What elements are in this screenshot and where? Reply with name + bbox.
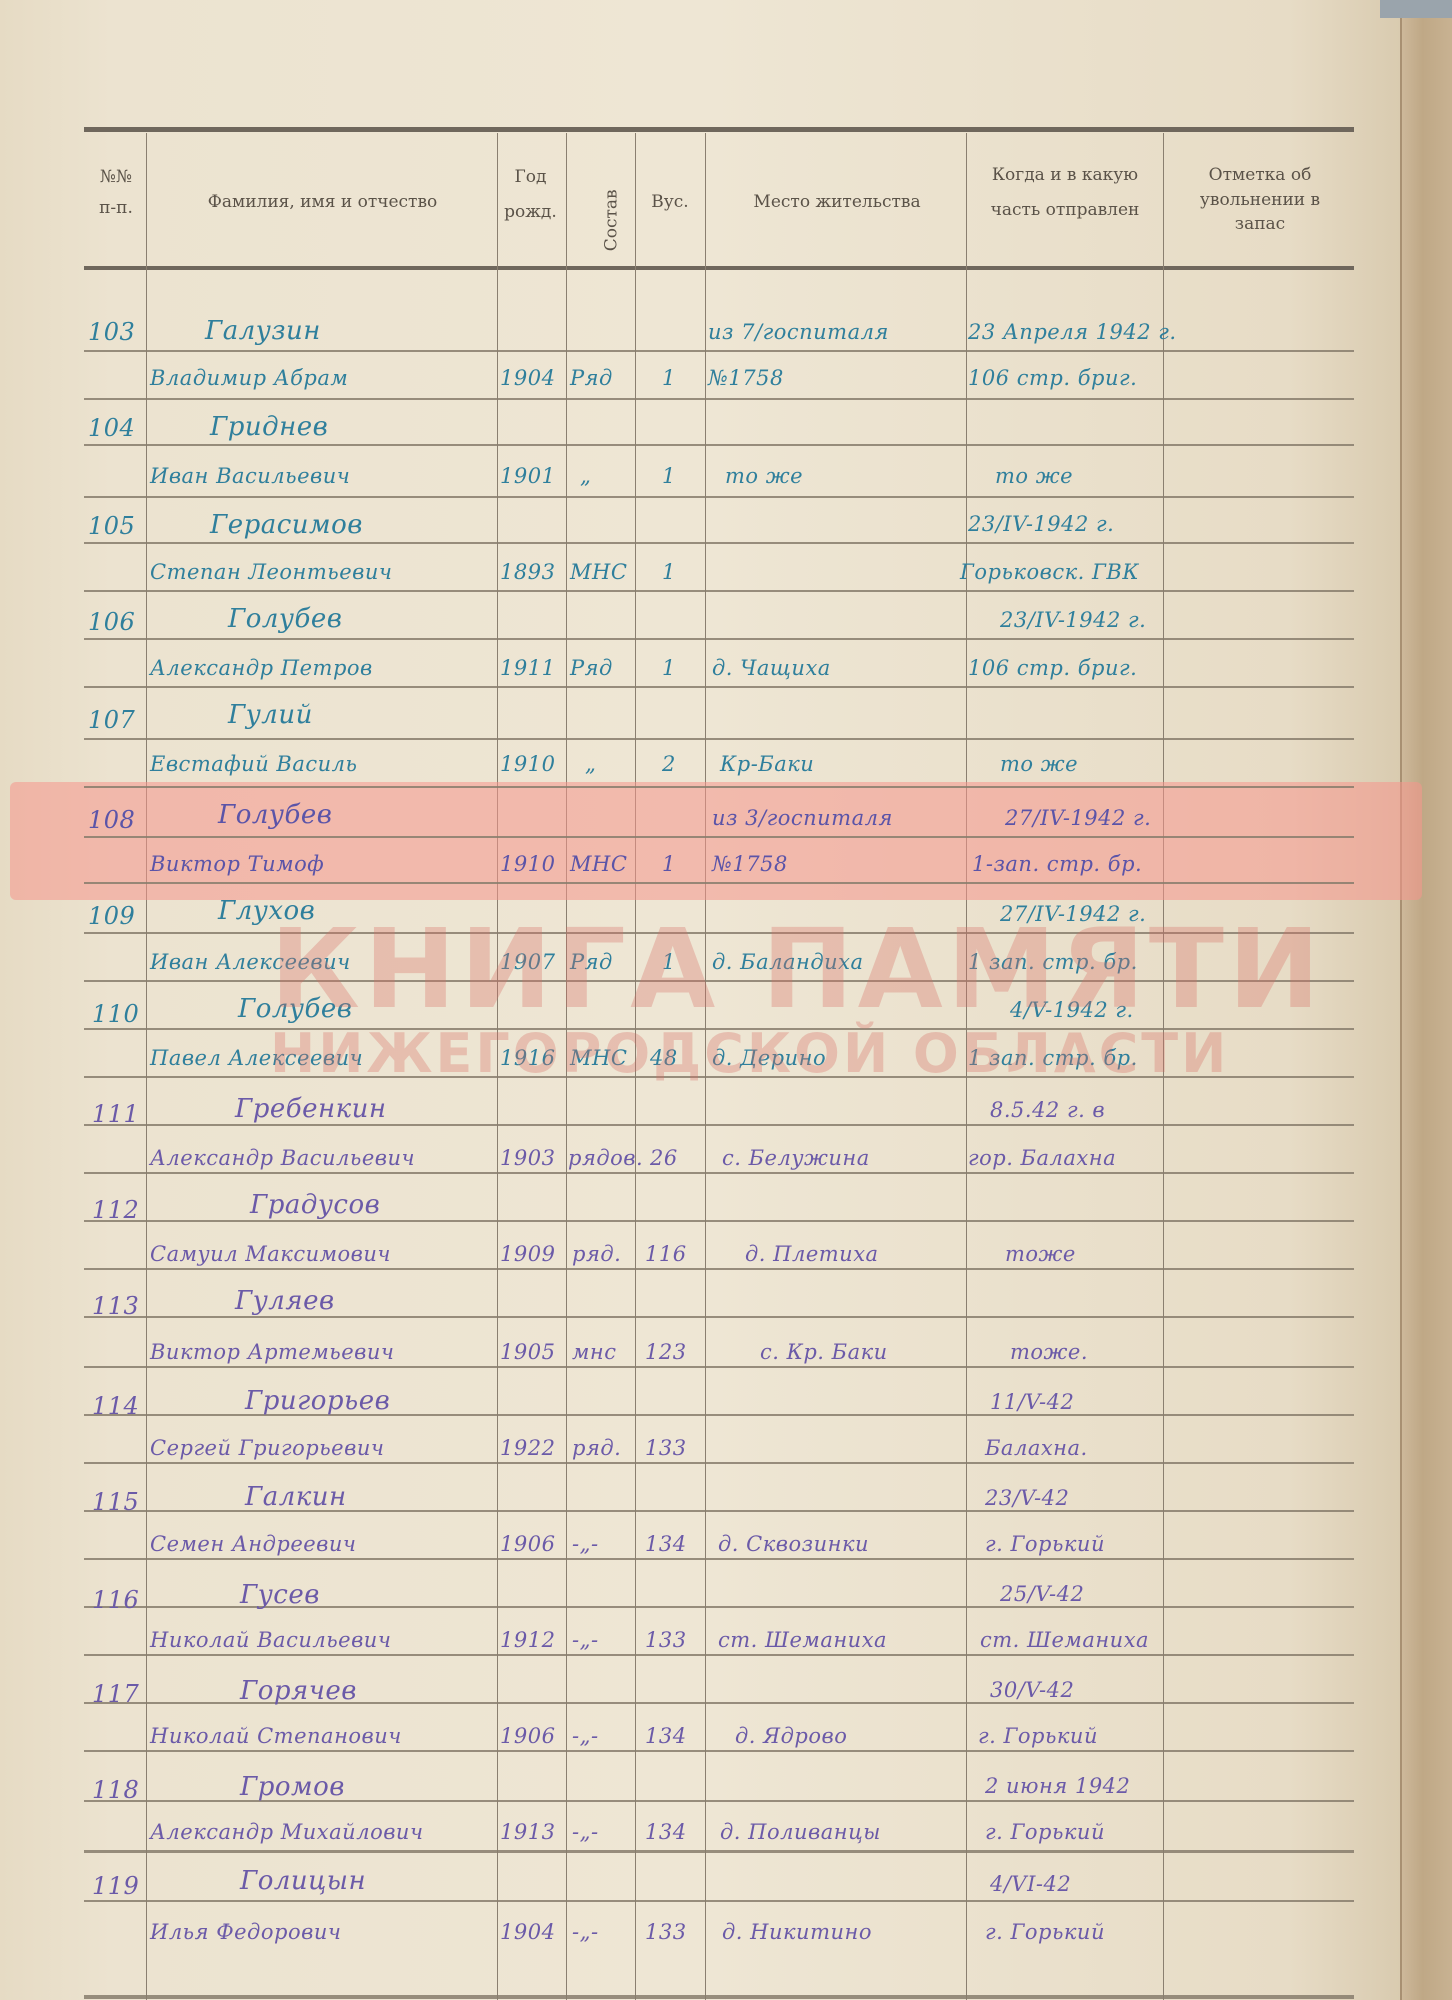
- entry-year: 1905: [500, 1340, 555, 1364]
- row-line: [84, 1172, 1354, 1174]
- entry-residence-line1: из 7/госпиталя: [708, 320, 889, 344]
- column-divider: [705, 133, 706, 2000]
- entry-vus: 1: [662, 852, 676, 876]
- entry-surname: Гуляев: [235, 1286, 335, 1316]
- entry-residence-line2: с. Белужина: [722, 1146, 870, 1170]
- column-divider: [966, 133, 967, 2000]
- entry-num: 118: [92, 1776, 139, 1804]
- entry-year: 1904: [500, 1920, 555, 1944]
- register-page: [0, 0, 1400, 2000]
- entry-residence-line2: д. Дерино: [712, 1046, 826, 1070]
- entry-sent-line1: 30/V-42: [990, 1678, 1074, 1702]
- entry-given-name: Евстафий Василь: [150, 752, 357, 776]
- row-line: [84, 1076, 1354, 1078]
- entry-sostav: -„-: [572, 1532, 599, 1556]
- entry-sent-line2: Балахна.: [985, 1436, 1088, 1460]
- row-line: [84, 1750, 1354, 1752]
- row-line: [84, 1366, 1354, 1368]
- header-residence: Место жительства: [706, 190, 968, 215]
- header-num-line1: №№: [86, 165, 146, 190]
- entry-surname: Голубев: [228, 604, 342, 634]
- entry-num: 115: [92, 1488, 139, 1516]
- entry-sostav: Ряд: [570, 366, 613, 390]
- entry-residence-line2: д. Плетиха: [745, 1242, 879, 1266]
- entry-sostav: МНС: [570, 560, 627, 584]
- row-line: [84, 786, 1354, 788]
- entry-sostav: Ряд: [570, 656, 613, 680]
- entry-sent-line1: 4/V-1942 г.: [1010, 998, 1134, 1022]
- entry-given-name: Сергей Григорьевич: [150, 1436, 384, 1460]
- header-discharge-line2: увольнении в: [1165, 188, 1355, 213]
- entry-sent-line1: 23/V-42: [985, 1486, 1069, 1510]
- entry-given-name: Иван Васильевич: [150, 464, 350, 488]
- entry-residence-line2: ст. Шеманиха: [718, 1628, 887, 1652]
- entry-num: 103: [88, 318, 135, 346]
- entry-year: 1910: [500, 852, 555, 876]
- row-line: [84, 686, 1354, 688]
- entry-surname: Герасимов: [210, 510, 363, 540]
- entry-sostav: ряд.: [572, 1242, 621, 1266]
- entry-sent-line1: 4/VI-42: [990, 1872, 1071, 1896]
- entry-num: 116: [92, 1586, 139, 1614]
- header-top-rule: [84, 127, 1354, 132]
- entry-vus: 1: [662, 560, 676, 584]
- column-divider: [566, 133, 567, 2000]
- entry-year: 1913: [500, 1820, 555, 1844]
- entry-sostav: -„-: [572, 1628, 599, 1652]
- entry-year: 1916: [500, 1046, 555, 1070]
- column-divider: [635, 133, 636, 2000]
- entry-given-name: Александр Васильевич: [150, 1146, 415, 1170]
- entry-sent-line1: 27/IV-1942 г.: [1005, 806, 1151, 830]
- row-line: [84, 638, 1354, 640]
- entry-num: 105: [88, 512, 135, 540]
- header-num-line2: п-п.: [86, 196, 146, 221]
- entry-sent-line2: г. Горький: [978, 1724, 1098, 1748]
- header-sent-line1: Когда и в какую: [968, 163, 1162, 188]
- entry-year: 1911: [500, 656, 555, 680]
- entry-sent-line2: 1-зап. стр. бр.: [972, 852, 1142, 876]
- entry-num: 113: [92, 1292, 139, 1320]
- entry-sent-line1: 27/IV-1942 г.: [1000, 902, 1146, 926]
- entry-year: 1907: [500, 950, 555, 974]
- entry-sent-line1: 8.5.42 г. в: [990, 1098, 1105, 1122]
- header-vus: Вус.: [638, 190, 702, 215]
- entry-vus: 26: [650, 1146, 678, 1170]
- entry-given-name: Николай Степанович: [150, 1724, 402, 1748]
- entry-sent-line2: тоже: [1005, 1242, 1076, 1266]
- entry-sostav: „: [585, 752, 596, 776]
- entry-vus: 133: [645, 1436, 687, 1460]
- entry-num: 112: [92, 1196, 139, 1224]
- entry-surname: Гулий: [228, 700, 313, 730]
- entry-residence-line2: д. Чащиха: [712, 656, 831, 680]
- header-sostav: Состав: [600, 180, 625, 260]
- entry-num: 119: [92, 1872, 139, 1900]
- row-line: [84, 1995, 1354, 1999]
- row-line: [84, 1558, 1354, 1560]
- column-divider: [146, 133, 147, 2000]
- entry-given-name: Владимир Абрам: [150, 366, 348, 390]
- header-discharge-line3: запас: [1165, 212, 1355, 237]
- entry-sent-line2: 1 зап. стр. бр.: [968, 1046, 1138, 1070]
- entry-residence-line2: д. Сквозинки: [718, 1532, 869, 1556]
- entry-sostav: -„-: [572, 1920, 599, 1944]
- entry-sent-line2: гор. Балахна: [968, 1146, 1116, 1170]
- entry-surname: Голубев: [238, 994, 352, 1024]
- entry-surname: Гриднев: [210, 412, 328, 442]
- entry-given-name: Виктор Тимоф: [150, 852, 324, 876]
- entry-vus: 1: [662, 950, 676, 974]
- entry-residence-line2: №1758: [712, 852, 788, 876]
- entry-num: 106: [88, 608, 135, 636]
- row-line: [84, 980, 1354, 982]
- entry-surname: Глухов: [218, 896, 315, 926]
- entry-vus: 133: [645, 1920, 687, 1944]
- entry-vus: 134: [645, 1724, 687, 1748]
- row-line: [84, 542, 1354, 544]
- entry-vus: 1: [662, 366, 676, 390]
- entry-residence-line2: №1758: [708, 366, 784, 390]
- entry-sostav: мнс: [572, 1340, 617, 1364]
- entry-year: 1893: [500, 560, 555, 584]
- entry-sostav: -„-: [572, 1724, 599, 1748]
- entry-residence-line2: с. Кр. Баки: [760, 1340, 888, 1364]
- entry-sent-line2: то же: [1000, 752, 1078, 776]
- entry-given-name: Иван Алексеевич: [150, 950, 351, 974]
- entry-sent-line1: 25/V-42: [1000, 1582, 1084, 1606]
- row-line: [84, 836, 1354, 838]
- entry-sent-line2: г. Горький: [985, 1532, 1105, 1556]
- entry-vus: 2: [662, 752, 676, 776]
- entry-num: 107: [88, 706, 135, 734]
- row-line: [84, 1028, 1354, 1030]
- entry-vus: 134: [645, 1532, 687, 1556]
- entry-surname: Голицын: [240, 1866, 366, 1896]
- entry-residence-line2: д. Баландиха: [712, 950, 864, 974]
- entry-sostav: -„-: [572, 1820, 599, 1844]
- row-line: [84, 1316, 1354, 1318]
- entry-sostav: МНС: [570, 1046, 627, 1070]
- entry-year: 1922: [500, 1436, 555, 1460]
- entry-sent-line1: 23/IV-1942 г.: [968, 512, 1114, 536]
- entry-surname: Гребенкин: [235, 1094, 387, 1124]
- entry-surname: Градусов: [250, 1190, 380, 1220]
- entry-year: 1901: [500, 464, 555, 488]
- entry-given-name: Степан Леонтьевич: [150, 560, 392, 584]
- entry-residence-line2: д. Ядрово: [735, 1724, 847, 1748]
- entry-year: 1909: [500, 1242, 555, 1266]
- row-line: [84, 444, 1354, 446]
- entry-year: 1903: [500, 1146, 555, 1170]
- header-sent: Когда и в какую часть отправлен: [968, 163, 1162, 222]
- row-line: [84, 932, 1354, 934]
- header-year: Год рожд.: [498, 165, 563, 224]
- entry-residence-line2: д. Никитино: [722, 1920, 872, 1944]
- entry-surname: Голубев: [218, 800, 332, 830]
- entry-surname: Гусев: [240, 1580, 320, 1610]
- entry-sostav: рядов.: [568, 1146, 643, 1170]
- entry-vus: 1: [662, 464, 676, 488]
- entry-given-name: Николай Васильевич: [150, 1628, 391, 1652]
- header-sent-line2: часть отправлен: [968, 198, 1162, 223]
- entry-num: 114: [92, 1392, 139, 1420]
- entry-surname: Горячев: [240, 1676, 357, 1706]
- row-line: [84, 1268, 1354, 1270]
- row-line: [84, 1900, 1354, 1902]
- scan-background-strip: [1380, 0, 1452, 18]
- entry-given-name: Александр Михайлович: [150, 1820, 424, 1844]
- entry-given-name: Семен Андреевич: [150, 1532, 357, 1556]
- row-line: [84, 590, 1354, 592]
- entry-given-name: Александр Петров: [150, 656, 373, 680]
- header-year-line2: рожд.: [498, 200, 563, 225]
- entry-num: 108: [88, 806, 135, 834]
- entry-num: 111: [92, 1100, 139, 1128]
- header-discharge-line1: Отметка об: [1165, 163, 1355, 188]
- entry-year: 1904: [500, 366, 555, 390]
- entry-sent-line2: ст. Шеманиха: [980, 1628, 1149, 1652]
- entry-surname: Григорьев: [245, 1386, 390, 1416]
- book-page-edge: [1400, 0, 1452, 2000]
- entry-year: 1910: [500, 752, 555, 776]
- row-line: [84, 1462, 1354, 1464]
- entry-sostav: МНС: [570, 852, 627, 876]
- entry-sent-line2: 106 стр. бриг.: [968, 656, 1137, 680]
- row-line: [84, 1850, 1354, 1853]
- entry-sent-line1: 11/V-42: [990, 1390, 1074, 1414]
- entry-num: 117: [92, 1680, 139, 1708]
- entry-year: 1906: [500, 1532, 555, 1556]
- entry-residence-line2: то же: [725, 464, 803, 488]
- header-year-line1: Год: [498, 165, 563, 190]
- entry-residence-line1: из 3/госпиталя: [712, 806, 893, 830]
- row-line: [84, 496, 1354, 498]
- entry-given-name: Павел Алексеевич: [150, 1046, 363, 1070]
- entry-sostav: ряд.: [572, 1436, 621, 1460]
- entry-given-name: Виктор Артемьевич: [150, 1340, 394, 1364]
- entry-sent-line2: г. Горький: [985, 1920, 1105, 1944]
- entry-sent-line2: тоже.: [1010, 1340, 1088, 1364]
- entry-given-name: Илья Федорович: [150, 1920, 341, 1944]
- entry-sent-line1: 2 июня 1942: [985, 1774, 1130, 1798]
- header-discharge: Отметка об увольнении в запас: [1165, 163, 1355, 237]
- entry-num: 104: [88, 414, 135, 442]
- row-line: [84, 1654, 1354, 1656]
- entry-vus: 134: [645, 1820, 687, 1844]
- entry-sostav: Ряд: [570, 950, 613, 974]
- entry-sostav: „: [580, 464, 591, 488]
- column-divider: [497, 133, 498, 2000]
- row-line: [84, 738, 1354, 740]
- entry-vus: 123: [645, 1340, 687, 1364]
- row-line: [84, 1220, 1354, 1222]
- entry-surname: Галузин: [205, 316, 321, 346]
- entry-residence-line2: д. Поливанцы: [720, 1820, 881, 1844]
- row-line: [84, 350, 1354, 352]
- entry-sent-line2: 1 зап. стр. бр.: [968, 950, 1138, 974]
- row-line: [84, 1124, 1354, 1126]
- entry-vus: 48: [650, 1046, 678, 1070]
- entry-vus: 133: [645, 1628, 687, 1652]
- entry-given-name: Самуил Максимович: [150, 1242, 391, 1266]
- entry-year: 1906: [500, 1724, 555, 1748]
- entry-vus: 1: [662, 656, 676, 680]
- entry-num: 110: [92, 1000, 139, 1028]
- entry-num: 109: [88, 902, 135, 930]
- row-line: [84, 882, 1354, 884]
- header-name: Фамилия, имя и отчество: [150, 190, 495, 215]
- entry-sent-line2: г. Горький: [985, 1820, 1105, 1844]
- entry-surname: Громов: [240, 1772, 345, 1802]
- entry-sent-line1: 23/IV-1942 г.: [1000, 608, 1146, 632]
- entry-vus: 116: [645, 1242, 687, 1266]
- entry-sent-line2: то же: [995, 464, 1073, 488]
- row-line: [84, 398, 1354, 400]
- entry-sent-line2: Горьковск. ГВК: [960, 560, 1139, 584]
- entry-residence-line2: Кр-Баки: [720, 752, 814, 776]
- header-num: №№ п-п.: [86, 165, 146, 220]
- column-divider: [1163, 133, 1164, 2000]
- entry-sent-line1: 23 Апреля 1942 г.: [968, 320, 1177, 344]
- entry-year: 1912: [500, 1628, 555, 1652]
- entry-surname: Галкин: [245, 1482, 347, 1512]
- entry-sent-line2: 106 стр. бриг.: [968, 366, 1137, 390]
